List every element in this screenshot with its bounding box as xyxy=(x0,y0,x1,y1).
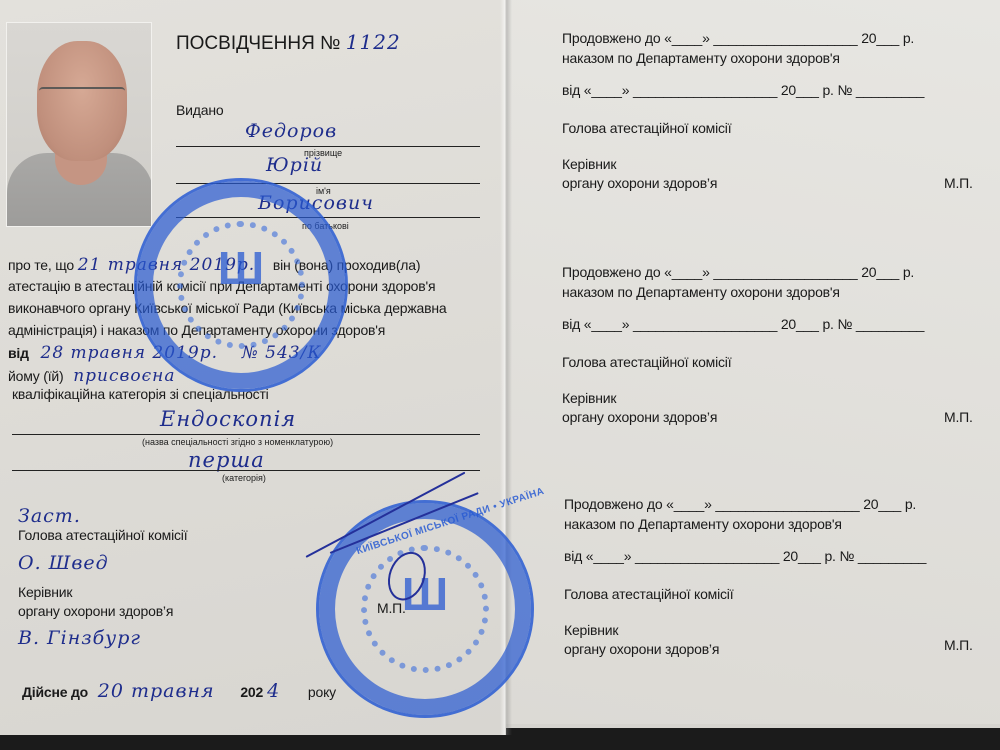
extension-manager-2: органу охорони здоров’я xyxy=(564,641,719,657)
assigned-value: присвоєна xyxy=(73,366,175,386)
issued-label: Видано xyxy=(176,102,223,118)
surname-value: Федоров xyxy=(245,120,337,142)
photo-head xyxy=(37,41,127,161)
extension-order-label: наказом по Департаменту охорони здоров'я xyxy=(562,50,840,66)
specialty-value: Ендоскопія xyxy=(160,407,296,431)
official-stamp-top: Ш xyxy=(134,178,348,392)
certificate-number: 1122 xyxy=(346,30,401,54)
specialty-line xyxy=(12,434,480,435)
extension-seal-label: М.П. xyxy=(944,637,973,653)
category-value-line xyxy=(12,470,480,471)
category-caption: (категорія) xyxy=(222,473,266,483)
extension-manager-1: Керівник xyxy=(562,390,616,406)
extension-from-field[interactable]: від «____» ___________________ 20___ р. … xyxy=(564,548,926,564)
holder-photo xyxy=(6,22,152,227)
valid-suffix: року xyxy=(308,684,336,700)
trident-icon: Ш xyxy=(209,241,273,295)
manager-name: В. Гінзбург xyxy=(18,627,141,649)
certificate-title: ПОСВІДЧЕННЯ № 1122 xyxy=(176,30,401,55)
manager-label-2: органу охорони здоров’я xyxy=(18,603,173,619)
extension-order-label: наказом по Департаменту охорони здоров'я xyxy=(562,284,840,300)
photo-glasses xyxy=(39,87,125,101)
extension-seal-label: М.П. xyxy=(944,175,973,191)
surname-line xyxy=(176,146,480,147)
valid-day-month: 20 травня xyxy=(98,680,215,702)
commission-head-label: Голова атестаційної комісії xyxy=(18,527,187,543)
extension-manager-2: органу охорони здоров’я xyxy=(562,409,717,425)
valid-until-line: Дійсне до 20 травня 2024 року xyxy=(22,680,336,702)
extension-commission-head: Голова атестаційної комісії xyxy=(564,586,733,602)
extended-until-field[interactable]: Продовжено до «____» ___________________… xyxy=(562,264,914,280)
first-name-value: Юрій xyxy=(266,154,323,176)
category-value: перша xyxy=(188,448,265,472)
valid-year-prefix: 202 xyxy=(240,684,263,700)
assigned-prefix: йому (їй) xyxy=(8,368,64,384)
valid-label: Дійсне до xyxy=(22,684,88,700)
extension-manager-1: Керівник xyxy=(564,622,618,638)
deputy-note: Заст. xyxy=(18,505,81,527)
extension-from-field[interactable]: від «____» ___________________ 20___ р. … xyxy=(562,82,924,98)
assigned-line: йому (їй) присвоєна xyxy=(8,366,176,386)
extension-manager-2: органу охорони здоров’я xyxy=(562,175,717,191)
manager-label-1: Керівник xyxy=(18,584,72,600)
extended-until-field[interactable]: Продовжено до «____» ___________________… xyxy=(562,30,914,46)
extension-order-label: наказом по Департаменту охорони здоров'я xyxy=(564,516,842,532)
extension-seal-label: М.П. xyxy=(944,409,973,425)
title-text: ПОСВІДЧЕННЯ № xyxy=(176,33,341,54)
order-label: від xyxy=(8,345,29,361)
extension-manager-1: Керівник xyxy=(562,156,616,172)
specialty-caption: (назва спеціальності згідно з номенклату… xyxy=(142,437,333,447)
extension-commission-head: Голова атестаційної комісії xyxy=(562,354,731,370)
extension-commission-head: Голова атестаційної комісії xyxy=(562,120,731,136)
commission-head-name: О. Швед xyxy=(18,552,109,574)
line1-prefix: про те, що xyxy=(8,257,74,273)
extension-from-field[interactable]: від «____» ___________________ 20___ р. … xyxy=(562,316,924,332)
valid-year-digit: 4 xyxy=(267,680,280,702)
extended-until-field[interactable]: Продовжено до «____» ___________________… xyxy=(564,496,916,512)
